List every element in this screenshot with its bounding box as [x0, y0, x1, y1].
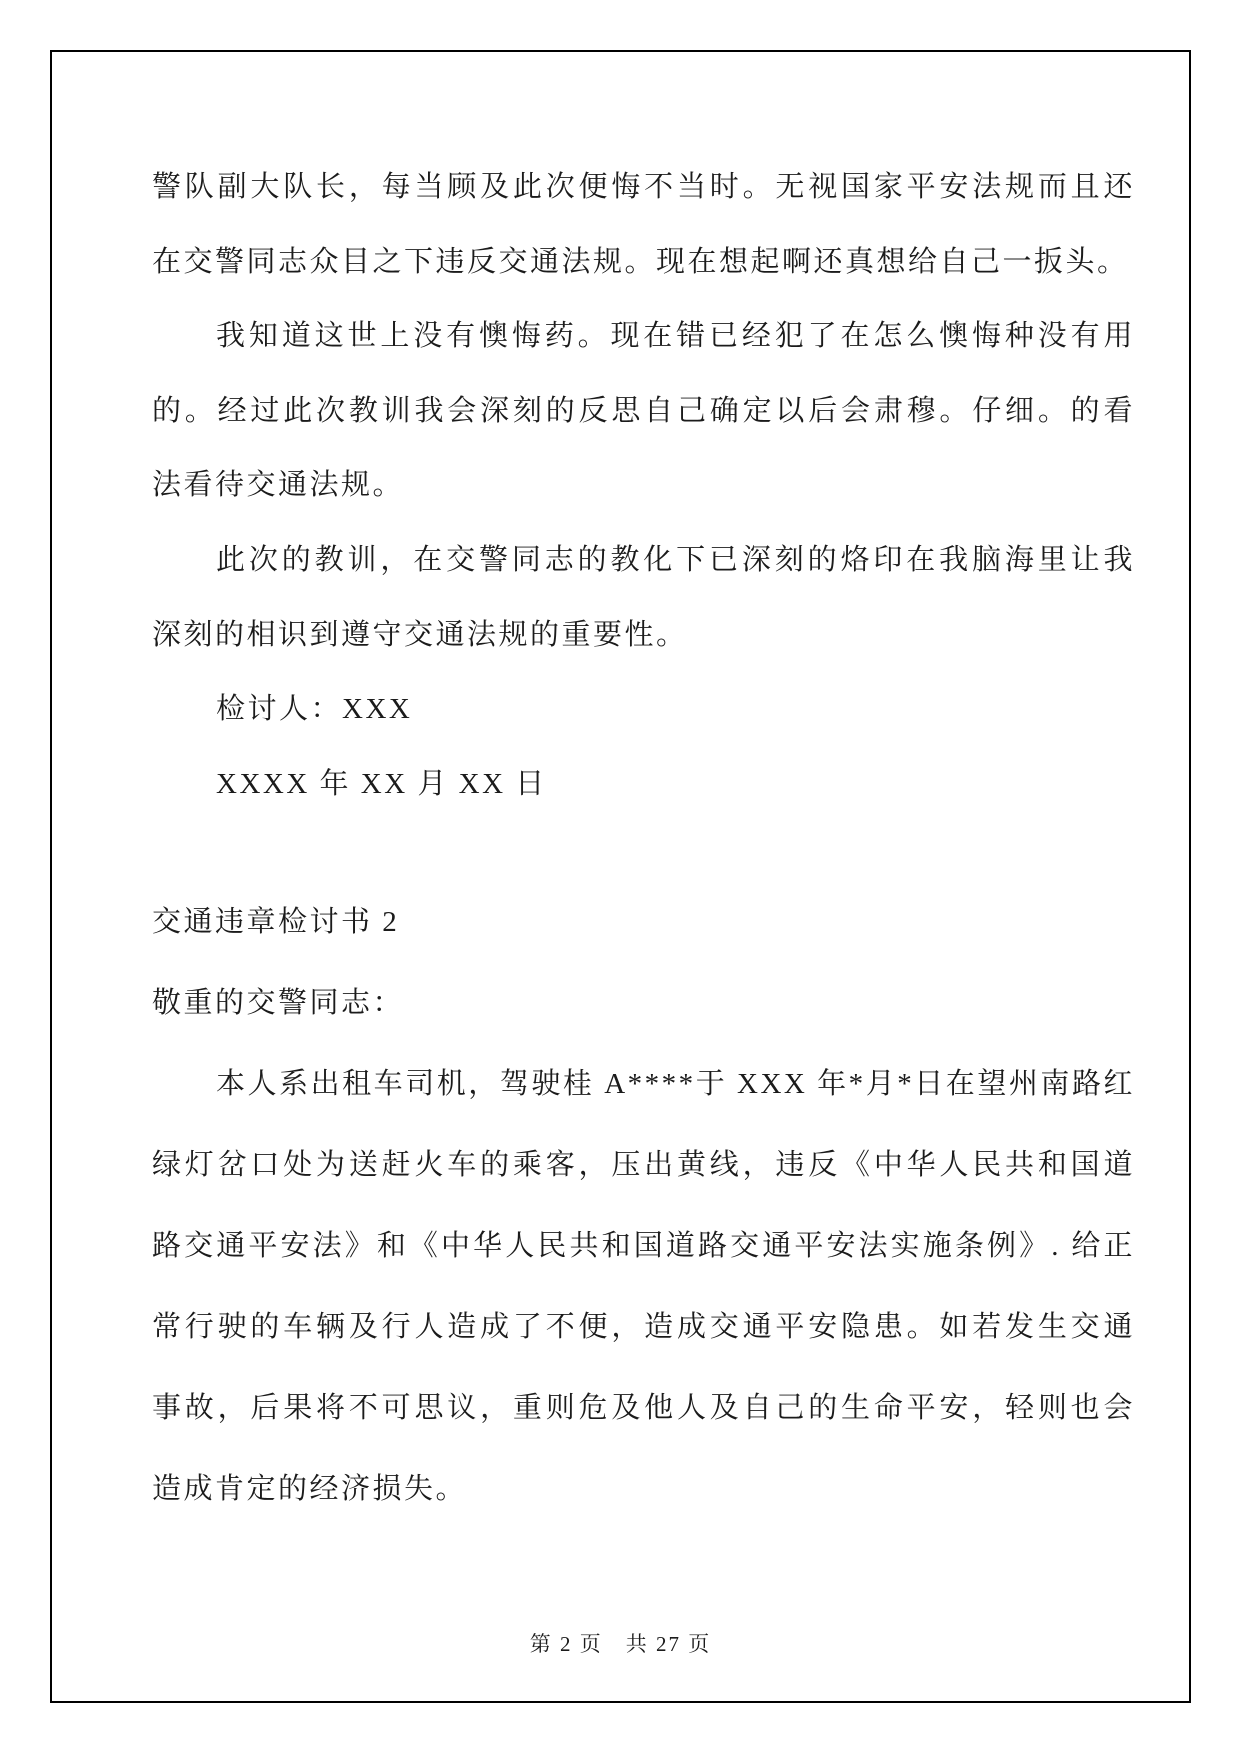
text-line: 我知道这世上没有懊悔药。现在错已经犯了在怎么懊悔种没有用: [152, 299, 1135, 374]
text-line: 法看待交通法规。: [152, 448, 1135, 523]
text-line: 常行驶的车辆及行人造成了不便，造成交通平安隐患。如若发生交通: [152, 1287, 1135, 1368]
text-line: 本人系出租车司机，驾驶桂 A****于 XXX 年*月*日在望州南路红: [152, 1044, 1135, 1125]
text-line: 交通违章检讨书 2: [152, 882, 1135, 963]
text-section: 警队副大队长，每当顾及此次便悔不当时。无视国家平安法规而且还在交警同志众目之下违…: [152, 150, 1135, 821]
text-line: 警队副大队长，每当顾及此次便悔不当时。无视国家平安法规而且还: [152, 150, 1135, 225]
text-line: 造成肯定的经济损失。: [152, 1449, 1135, 1530]
text-line: 敬重的交警同志：: [152, 963, 1135, 1044]
text-line: 此次的教训，在交警同志的教化下已深刻的烙印在我脑海里让我: [152, 523, 1135, 598]
text-line: 事故，后果将不可思议，重则危及他人及自己的生命平安，轻则也会: [152, 1368, 1135, 1449]
text-line: 深刻的相识到遵守交通法规的重要性。: [152, 598, 1135, 673]
text-line: 在交警同志众目之下违反交通法规。现在想起啊还真想给自己一扳头。: [152, 225, 1135, 300]
page-number-footer: 第 2 页 共 27 页: [52, 1628, 1189, 1658]
text-section: 交通违章检讨书 2敬重的交警同志：本人系出租车司机，驾驶桂 A****于 XXX…: [152, 882, 1135, 1530]
text-line: 的。经过此次教训我会深刻的反思自己确定以后会肃穆。仔细。的看: [152, 374, 1135, 449]
text-line: 绿灯岔口处为送赶火车的乘客，压出黄线，违反《中华人民共和国道: [152, 1125, 1135, 1206]
text-line: XXXX 年 XX 月 XX 日: [152, 747, 1135, 822]
text-line: 路交通平安法》和《中华人民共和国道路交通平安法实施条例》. 给正: [152, 1206, 1135, 1287]
text-line: 检讨人：XXX: [152, 672, 1135, 747]
page-border: 警队副大队长，每当顾及此次便悔不当时。无视国家平安法规而且还在交警同志众目之下违…: [50, 50, 1191, 1703]
